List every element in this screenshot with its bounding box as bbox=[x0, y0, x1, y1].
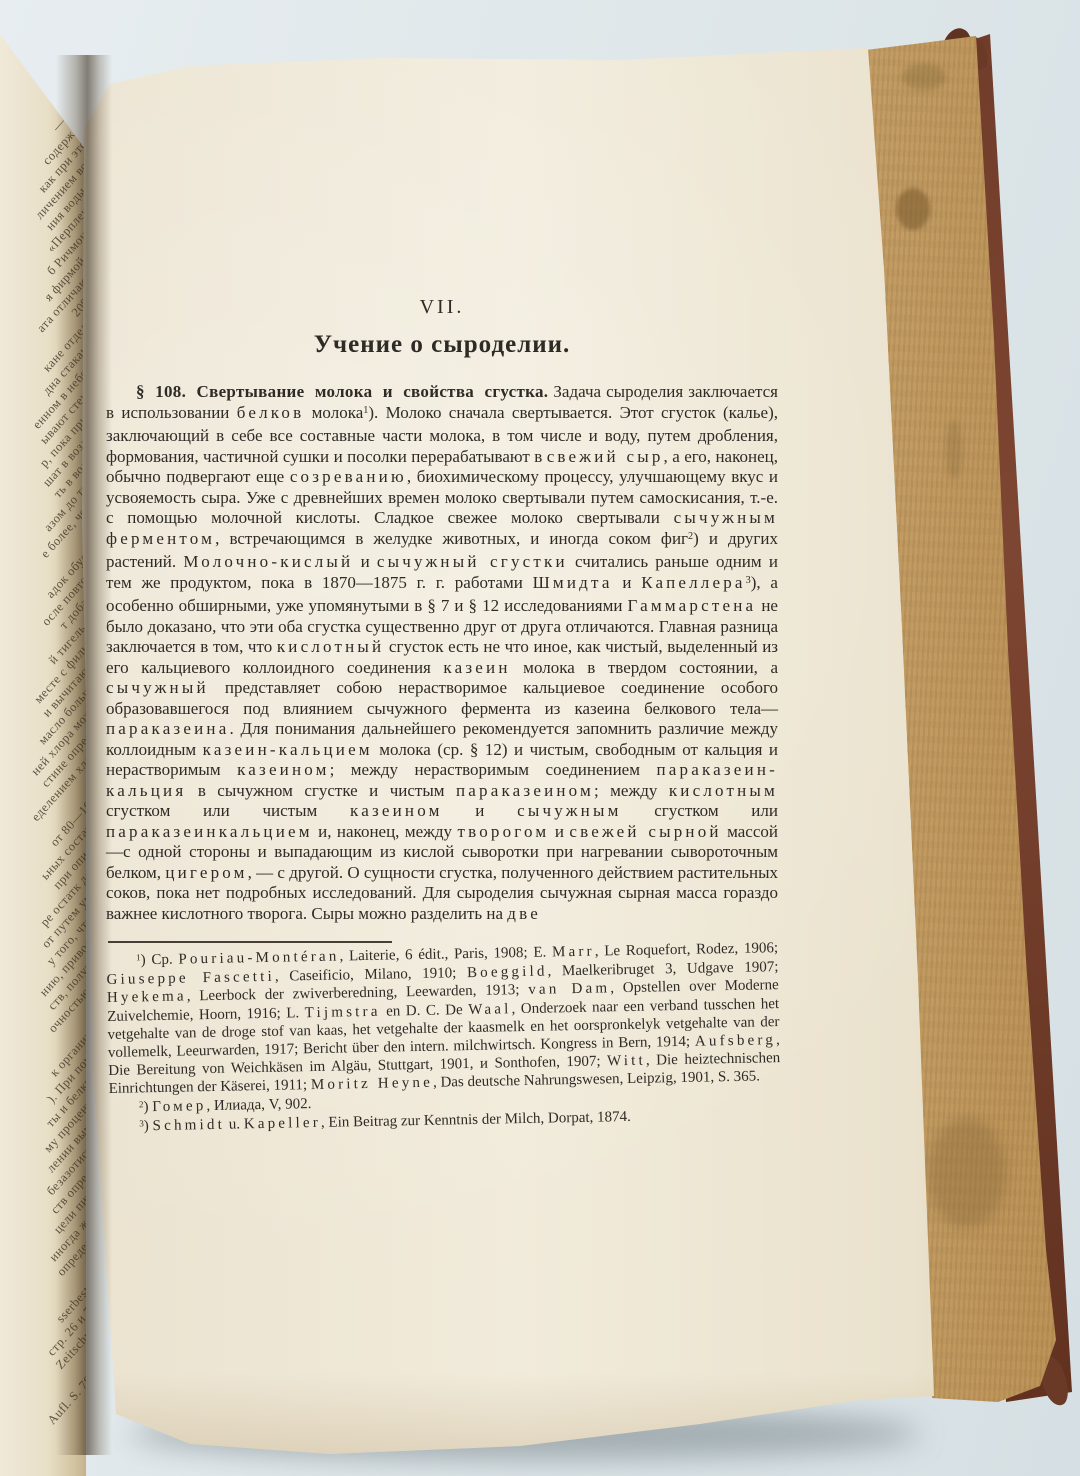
footnote-1: 1) Ср. Pouriau-Montéran, Laiterie, 6 édi… bbox=[106, 939, 781, 1098]
fore-edge-stain bbox=[896, 188, 930, 230]
fore-edge-stain bbox=[902, 64, 946, 90]
fore-edge-stain bbox=[946, 420, 962, 480]
footnote-rule bbox=[108, 941, 392, 943]
fore-edge-stain bbox=[928, 1118, 1006, 1228]
body-paragraph: § 108. Свертывание молока и свойства сгу… bbox=[106, 382, 778, 924]
gutter-shadow bbox=[56, 55, 112, 1455]
book-photo: —вес стесодержаниекак при этомличением в… bbox=[0, 0, 1080, 1476]
footnotes: 1) Ср. Pouriau-Montéran, Laiterie, 6 édi… bbox=[106, 939, 781, 1137]
chapter-title: Учение о сыроделии. bbox=[106, 328, 778, 362]
page-content: VII. Учение о сыроделии. § 108. Свертыва… bbox=[106, 294, 778, 1137]
chapter-number: VII. bbox=[106, 294, 778, 320]
